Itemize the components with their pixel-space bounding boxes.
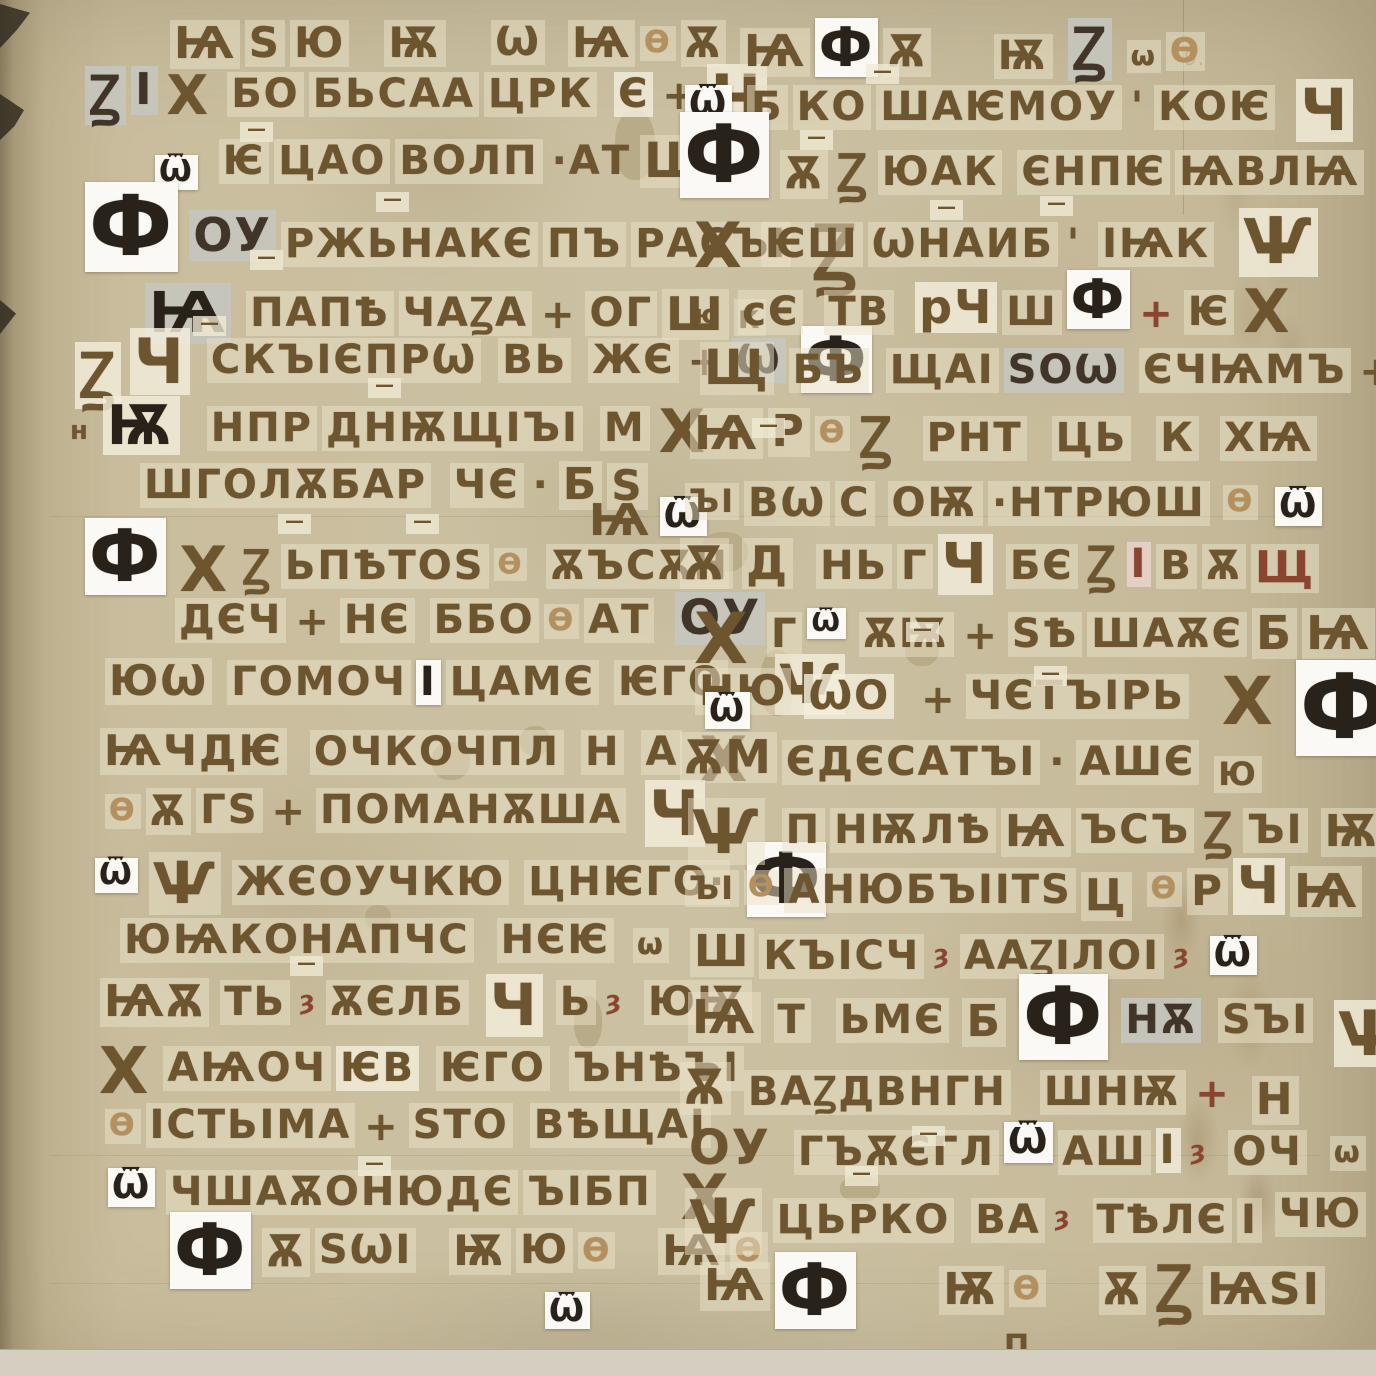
text-row: ѨФѪѬꙀѡѲ — [740, 18, 1205, 81]
letter-tile: ТѢЛЄ — [1093, 1198, 1232, 1243]
letter-tile: ГОМОЧ — [227, 660, 411, 705]
letter-tile: ЩАІ — [886, 348, 999, 393]
letter-tile: ȝ — [1186, 1136, 1212, 1167]
letter-tile: Ѕ — [245, 20, 285, 67]
letter-tile: Р — [1187, 868, 1228, 915]
letter-tile: Х — [163, 66, 215, 125]
letter-tile: Ѭ — [994, 34, 1053, 79]
titlo-mark: — — [250, 250, 283, 270]
letter-tile: ЧЄ — [450, 463, 524, 508]
letter-tile: ю — [690, 300, 725, 331]
letter-tile: ЮАК — [878, 150, 1003, 195]
letter-tile: Ѩ — [1290, 866, 1363, 917]
letter-tile: Ѳ — [578, 1232, 615, 1269]
letter-tile: Є — [614, 72, 653, 117]
letter-tile: Х — [1239, 280, 1295, 345]
letter-tile: Ѿ — [1004, 1122, 1053, 1163]
letter-tile: ѤГО — [436, 1046, 550, 1091]
letter-tile: Ѫ — [1202, 544, 1246, 589]
letter-tile: + — [360, 1105, 404, 1150]
letter-tile: Ѫ — [262, 1228, 309, 1277]
letter-tile: Ѿ — [1275, 487, 1322, 526]
letter-tile: Ш — [690, 928, 754, 977]
letter-tile: Ѫ — [146, 788, 192, 835]
text-row: ХѤШѠНАИБ'ІѨКѰ — [690, 212, 1318, 281]
letter-tile: П — [782, 808, 825, 853]
letter-tile: ЧЄТЪІРЬ — [966, 674, 1189, 719]
letter-tile: Ѫ — [681, 20, 727, 67]
letter-tile: Ꙁ — [1083, 538, 1122, 593]
text-row: ФѪꙀЮАКЄНПѤѨВЛѨХ — [680, 112, 1376, 198]
letter-tile: НПР — [207, 406, 317, 451]
letter-tile: ЄЧѨМЪ — [1139, 348, 1350, 393]
letter-tile: АШ — [1058, 1130, 1150, 1175]
letter-tile: ББО — [430, 598, 539, 643]
letter-tile: Ꙁ — [855, 408, 897, 469]
letter-tile: Ф — [680, 112, 769, 198]
letter-tile: Ь — [556, 980, 597, 1025]
letter-tile: ѨЧДѤ — [100, 728, 287, 775]
letter-tile: ЪІБП — [523, 1170, 655, 1215]
letter-tile: РНТ — [923, 416, 1027, 461]
titlo-mark: — — [752, 418, 785, 438]
letter-tile: І — [1237, 1198, 1262, 1243]
text-row: ШКЪІСЧȝААꙀІЛОІȝѾ — [690, 928, 1257, 977]
titlo-mark: — — [1034, 666, 1067, 686]
letter-tile: Ꙁ — [238, 542, 276, 595]
letter-tile: Щ — [1251, 544, 1319, 593]
letter-tile: ѪМ — [680, 732, 777, 783]
text-row: ѾѤЦАОВОЛП·АТЩ — [155, 135, 714, 188]
letter-tile: Ѩ — [700, 1262, 770, 1311]
text-row: ѲѪГЅ+ПОМАНѪШАЧ — [105, 788, 705, 855]
letter-tile: Ѫ — [780, 150, 827, 199]
letter-tile: ОѬ — [888, 481, 983, 526]
letter-tile: Ю — [516, 1228, 573, 1273]
letter-tile: Ѿ — [95, 858, 138, 893]
letter-tile: Ч — [486, 974, 543, 1037]
letter-tile: Ш — [1002, 290, 1061, 335]
letter-tile: Ѳ — [640, 26, 676, 61]
text-row: ꙀІХБОБЬСААЦРКЄ+Ч — [85, 66, 767, 133]
letter-tile: ЅЪІ — [1218, 998, 1313, 1043]
letter-tile: Ѳ — [744, 870, 780, 905]
letter-tile: Ѳ — [494, 548, 528, 581]
letter-tile: ЪІ — [685, 870, 739, 907]
letter-tile: АѨОЧ — [163, 1046, 331, 1091]
letter-tile: Ѭ — [1321, 808, 1376, 857]
letter-tile: Ю — [1214, 756, 1262, 793]
letter-tile: Ѡ — [491, 20, 545, 65]
letter-tile: ЧЮ — [1275, 1192, 1366, 1237]
letter-tile: Д — [742, 538, 793, 589]
letter-tile: Ѿ — [545, 1292, 590, 1329]
letter-tile: ȝ — [1169, 940, 1195, 971]
letter-tile: Ѱ — [1334, 1000, 1376, 1067]
letter-tile: НѪ — [1121, 998, 1200, 1043]
letter-tile: РЖЬНАКЄ — [281, 222, 538, 267]
letter-tile: Т — [774, 998, 811, 1043]
text-row: ѪДНЬГЧБЄꙀІВѪЩ — [680, 538, 1319, 599]
letter-tile: АШЄ — [1076, 740, 1200, 785]
letter-tile: Ѳ — [105, 794, 141, 829]
letter-tile: ЅѢ — [1008, 612, 1082, 657]
letter-tile: ·НТРЮШ — [988, 481, 1210, 526]
letter-tile: НЄ — [340, 598, 415, 643]
letter-tile: АНЮБЪІІТЅ — [784, 868, 1075, 913]
text-row: ѨѪТЬȝѪЄЛБЧЬȝЮѬ — [100, 978, 752, 1041]
letter-tile: Ꙁ — [1068, 18, 1111, 81]
letter-tile: Ѳ — [544, 604, 580, 639]
letter-tile: Ѳ — [815, 416, 851, 451]
letter-tile: С — [835, 481, 874, 526]
letter-tile: ТЬ — [220, 980, 290, 1025]
letter-tile: ОУ — [685, 1122, 775, 1175]
letter-tile: ȝ — [601, 986, 627, 1017]
titlo-mark: — — [278, 514, 311, 534]
letter-tile: Х — [95, 1038, 154, 1107]
letter-tile: ЖЄ — [588, 338, 678, 383]
letter-tile: ȝ — [295, 986, 321, 1017]
letter-tile: КЪІСЧ — [759, 934, 924, 979]
manuscript-page: 9. ѨЅЮѬѠѨѲѪꙀІХБОБЬСААЦРКЄ+ЧѾѤЦАОВОЛП·АТЩ… — [0, 0, 1376, 1376]
letter-tile: Ѫ — [680, 538, 729, 589]
text-row: ѪМЄДЄСАТЪІ·АШЄЮ — [680, 732, 1262, 783]
titlo-mark: — — [358, 1156, 391, 1176]
titlo-mark: — — [800, 130, 833, 150]
letter-tile: Ф — [85, 182, 178, 272]
letter-tile: Н — [1252, 1076, 1299, 1125]
letter-tile: Ѿ — [108, 1168, 155, 1207]
text-row: ХАѨОЧѤВѤГОЪНѢЪІ — [95, 1038, 744, 1107]
letter-tile: Ѫ — [680, 1062, 731, 1115]
letter-tile: ѤВ — [336, 1046, 419, 1091]
letter-tile: ЖЄОУЧКЮ — [232, 860, 509, 905]
letter-tile: ОЧ — [1228, 1130, 1306, 1175]
letter-tile: + — [268, 790, 312, 835]
titlo-mark: — — [368, 378, 401, 398]
letter-tile: ПОМАНѪША — [316, 788, 626, 833]
letter-tile: ХѨ — [1220, 416, 1317, 461]
letter-tile: Г — [897, 544, 933, 589]
page-bottom-edge — [0, 1349, 1376, 1376]
letter-tile: НЄѤ — [497, 918, 614, 963]
letter-tile: · — [529, 463, 554, 508]
letter-tile: ѤШ — [761, 222, 863, 267]
letter-tile: І — [1156, 1128, 1181, 1173]
text-row: нѬНПРДНѬЩІЪІМХ — [66, 396, 711, 461]
text-row: ФѪЅѠІѬЮѲѨѲ — [170, 1212, 768, 1289]
letter-tile: + — [1191, 1072, 1235, 1117]
letter-tile: Ѥ — [219, 139, 270, 184]
letter-tile: Ѩ — [688, 992, 761, 1043]
letter-tile: ДЄЧ — [175, 598, 286, 643]
letter-tile: Ѱ — [1239, 208, 1318, 277]
letter-tile: Ф — [1296, 660, 1376, 756]
letter-tile: рЧ — [915, 282, 997, 333]
letter-tile: ЅТО — [409, 1103, 513, 1148]
letter-tile: БЄ — [1006, 544, 1078, 589]
letter-tile: ОЧКОЧПЛ — [310, 730, 564, 775]
text-row: ЩБЪЩАІЅОѠЄЧѨМЪ+ — [700, 342, 1376, 395]
letter-tile: ВОЛП — [395, 139, 542, 184]
letter-tile: Щ — [700, 342, 774, 395]
letter-tile: + — [291, 600, 335, 645]
letter-tile: ЪІ — [1243, 808, 1307, 853]
text-row: ѨФѬѲѪꙀѨЅІ — [700, 1252, 1325, 1329]
letter-tile: ЦЬРКО — [773, 1198, 955, 1243]
letter-tile: Ч — [938, 534, 993, 595]
text-row: ШГОЛѪБАРЧЄ·БЅ — [140, 463, 648, 512]
text-row: ЪІѲАНЮБЪІІТЅЦѲРЧѨ — [685, 862, 1362, 919]
titlo-mark: — — [406, 514, 439, 534]
letter-tile: І — [131, 66, 157, 115]
letter-tile: Ѿ — [807, 608, 845, 639]
letter-tile: ȝ — [1050, 1202, 1076, 1233]
letter-tile: М — [600, 406, 650, 451]
letter-tile: Ѩ — [1302, 608, 1375, 659]
letter-tile: ѠО — [804, 674, 894, 719]
letter-tile: + — [959, 614, 1003, 659]
letter-tile: ȝ — [929, 940, 955, 971]
letter-tile: ГЅ — [196, 788, 262, 833]
letter-tile: АТ — [584, 598, 654, 643]
letter-tile: + — [1356, 350, 1376, 395]
letter-tile: Б — [962, 998, 1006, 1047]
letter-tile: ШАѪЄ — [1087, 612, 1247, 657]
letter-tile: ШНѬ — [1040, 1070, 1186, 1115]
letter-tile: Г — [767, 612, 803, 657]
letter-tile: ГЪѪЄГЛ — [794, 1130, 999, 1175]
letter-tile: Ю — [290, 20, 349, 67]
letter-tile: Ц — [1081, 872, 1132, 921]
letter-tile: Ꙁ — [833, 146, 873, 203]
titlo-mark: — — [906, 622, 939, 642]
letter-tile: І — [416, 660, 441, 705]
letter-tile: ДНѬЩІЪІ — [322, 406, 583, 451]
letter-tile: І — [1127, 542, 1152, 587]
letter-tile: НѬЛѢ — [830, 808, 996, 853]
letter-tile: Ѩ — [170, 20, 240, 69]
letter-tile: ЄНПѤ — [1017, 150, 1170, 195]
letter-tile: ЅѠІ — [315, 1228, 416, 1273]
letter-tile: Ѭ — [939, 1266, 1003, 1315]
letter-tile: ВѠ — [744, 481, 830, 526]
letter-tile: Х — [175, 536, 233, 603]
letter-tile: ЬПѢТОЅ — [281, 544, 489, 589]
letter-tile: ВАꙀДВНГН — [744, 1070, 1011, 1115]
letter-tile: Ѩ — [740, 28, 810, 77]
letter-tile: Ѳ — [1166, 32, 1205, 71]
letter-tile: ЄДЄСАТЪІ — [782, 740, 1040, 785]
letter-tile: Ѱ — [149, 852, 221, 915]
letter-tile: ІѨК — [1098, 222, 1214, 267]
letter-tile: Ѥ — [1184, 290, 1235, 335]
letter-tile: Ф — [85, 518, 166, 595]
letter-tile: ШГОЛѪБАР — [140, 463, 431, 508]
titlo-mark: — — [930, 200, 963, 220]
letter-tile: ѠНАИБ — [868, 222, 1058, 267]
text-row: ОУГЪѪЄГЛѾАШІȝОЧѡ — [685, 1122, 1366, 1175]
text-row: ѨЅЮѬѠѨѲѪ — [170, 20, 726, 69]
letter-tile: Ф — [1019, 974, 1108, 1060]
titlo-mark: — — [240, 122, 273, 142]
letter-tile: БО — [227, 72, 304, 117]
letter-tile: Ѭ — [103, 396, 180, 455]
letter-tile: Ч — [130, 328, 190, 395]
letter-tile: ЦЬ — [1052, 416, 1132, 461]
text-row: Ѿ — [705, 692, 750, 729]
letter-tile: Ѳ — [1223, 485, 1259, 520]
letter-tile: ѪЄЛБ — [326, 980, 469, 1025]
letter-tile: ѨЅІ — [1203, 1266, 1325, 1315]
titlo-mark: — — [845, 1166, 878, 1186]
letter-tile: ЪІ — [685, 483, 739, 520]
letter-tile: Ѩ — [1001, 808, 1071, 857]
letter-tile: Ꙁ — [1151, 1256, 1198, 1325]
letter-tile: + — [1135, 292, 1179, 337]
binding-edge — [0, 0, 46, 1376]
letter-tile: Х — [690, 212, 748, 279]
letter-tile: Ѳ — [105, 1109, 141, 1144]
letter-tile: ЦАМЄ — [446, 660, 599, 705]
titlo-mark: — — [912, 1126, 945, 1146]
letter-tile: Н — [581, 730, 624, 775]
text-row: ДЄЧ+НЄББОѲАТОУ — [175, 598, 765, 651]
letter-tile: ѨѪ — [100, 978, 209, 1027]
text-row: ѪВАꙀДВНГНШНѬ+Н — [680, 1062, 1299, 1115]
letter-tile: Ѱ — [688, 798, 765, 865]
text-row: ЮѨКОНАПЧСНЄѤѡ — [120, 918, 669, 963]
letter-tile: БЬСАА — [309, 72, 479, 117]
letter-tile: Ѩ — [568, 20, 635, 67]
letter-tile: ВА — [971, 1198, 1044, 1243]
titlo-mark: — — [290, 956, 323, 976]
letter-tile: + — [917, 678, 961, 723]
letter-tile: ѨВЛѨ — [1175, 150, 1363, 195]
letter-tile: · — [1045, 740, 1070, 785]
letter-tile: Ѱ — [685, 1188, 762, 1255]
letter-tile: ЦРК — [484, 72, 597, 117]
letter-tile: ВЬ — [498, 338, 571, 383]
letter-tile: Ф — [170, 1212, 251, 1289]
letter-tile: НЬ — [816, 544, 892, 589]
letter-tile: ѡ — [633, 928, 669, 963]
letter-tile: БЪ — [789, 348, 869, 393]
letter-tile: Ф — [775, 1252, 856, 1329]
letter-tile: ЅОѠ — [1004, 348, 1125, 393]
letter-tile: ·АТ — [548, 139, 635, 184]
letter-tile: Ꙁ — [85, 66, 126, 125]
letter-tile: ЦАО — [274, 139, 390, 184]
letter-tile: Ѿ — [1210, 936, 1257, 975]
text-row: ЪІВѠСОѬ·НТРЮШѲѾ — [685, 475, 1322, 520]
letter-tile: ѡ — [1127, 40, 1161, 73]
letter-tile: Ф — [1067, 270, 1131, 329]
titlo-mark: — — [1040, 196, 1073, 216]
letter-tile: ЪСЪ — [1076, 808, 1195, 853]
letter-tile: ПЪ — [543, 222, 626, 267]
letter-tile: ТВ — [824, 290, 894, 335]
letter-tile: Б — [1252, 608, 1297, 659]
letter-tile: ' — [1063, 222, 1085, 267]
letter-tile: Ѭ — [384, 20, 446, 67]
text-row: Ѿ — [545, 1292, 590, 1329]
letter-tile: К — [1156, 416, 1199, 461]
letter-tile: Ѫ — [1099, 1266, 1146, 1315]
letter-tile: сЄ — [738, 290, 803, 335]
text-row: ѲІСТЬІМА+ЅТОВѢЩАІ — [105, 1103, 711, 1148]
letter-tile: Ꙁ — [1199, 804, 1238, 859]
titlo-mark: — — [193, 316, 226, 336]
letter-tile: ІСТЬІМА — [146, 1103, 356, 1148]
letter-tile: Х — [1218, 666, 1279, 737]
text-row: юсЄТВрЧШФ+ѤХ — [690, 282, 1296, 347]
titlo-mark: — — [866, 64, 899, 84]
letter-tile: Ѿ — [705, 692, 750, 729]
letter-tile: Ѭ — [449, 1228, 511, 1275]
letter-tile: Ч — [1233, 858, 1285, 915]
letter-tile: ѡ — [1330, 1136, 1366, 1171]
letter-tile: н — [66, 416, 94, 447]
letter-tile: В — [1156, 544, 1197, 589]
letter-tile: А — [641, 730, 682, 775]
letter-tile: СКЪІЄПРѠ — [207, 338, 481, 383]
letter-tile: Ѳ — [1009, 1270, 1046, 1307]
letter-tile: Ѳ — [1147, 872, 1183, 907]
letter-tile: ЬМЄ — [836, 998, 950, 1043]
letter-tile: ЮѠ — [105, 658, 212, 705]
titlo-mark: — — [376, 192, 409, 212]
